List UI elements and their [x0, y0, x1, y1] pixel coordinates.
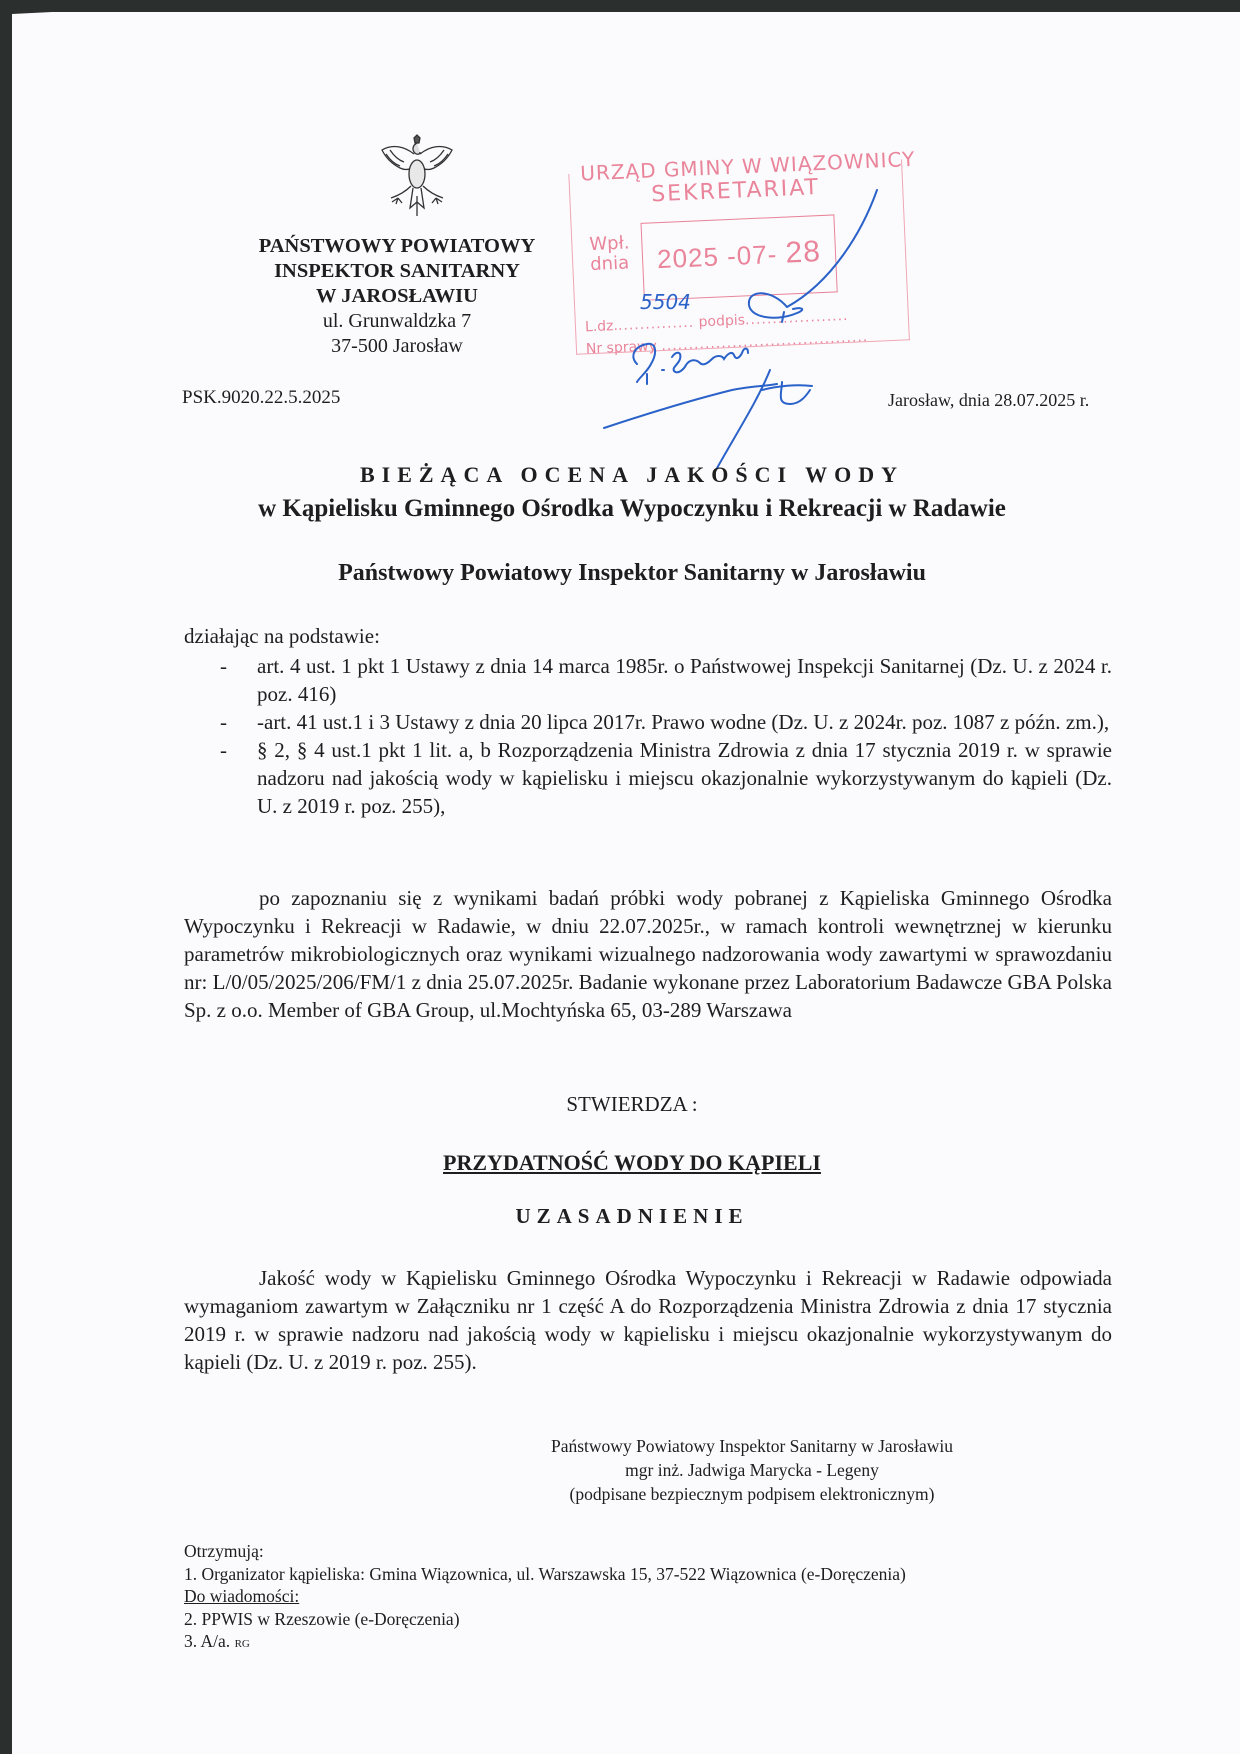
institution-line: PAŃSTWOWY POWIATOWY	[227, 234, 567, 259]
decision-label: STWIERDZA :	[12, 1092, 1240, 1117]
recipients-block: Otrzymują: 1. Organizator kąpieliska: Gm…	[184, 1540, 906, 1656]
reference-number: PSK.9020.22.5.2025	[182, 387, 340, 409]
legal-basis-item: art. 4 ust. 1 pkt 1 Ustawy z dnia 14 mar…	[217, 652, 1112, 708]
place-date: Jarosław, dnia 28.07.2025 r.	[888, 390, 1089, 411]
cc-heading: Do wiadomości:	[184, 1585, 906, 1608]
recipient-item: 1. Organizator kąpieliska: Gmina Wiązown…	[184, 1563, 906, 1586]
handwritten-signature-icon	[532, 132, 932, 472]
legal-basis-item: § 2, § 4 ust.1 pkt 1 lit. a, b Rozporząd…	[217, 736, 1112, 820]
document-page: PAŃSTWOWY POWIATOWY INSPEKTOR SANITARNY …	[12, 12, 1240, 1754]
cc-item: 2. PPWIS w Rzeszowie (e-Doręczenia)	[184, 1608, 906, 1631]
legal-basis-list: art. 4 ust. 1 pkt 1 Ustawy z dnia 14 mar…	[217, 652, 1112, 820]
legal-basis-intro: działając na podstawie:	[184, 622, 380, 650]
institution-header: PAŃSTWOWY POWIATOWY INSPEKTOR SANITARNY …	[227, 234, 567, 359]
signatory-name: mgr inż. Jadwiga Marycka - Legeny	[492, 1458, 1012, 1482]
decision-verdict: PRZYDATNOŚĆ WODY DO KĄPIELI	[12, 1150, 1240, 1176]
cc-item-text: 3. A/a.	[184, 1631, 230, 1651]
signatory-block: Państwowy Powiatowy Inspektor Sanitarny …	[492, 1434, 1012, 1506]
institution-line: INSPEKTOR SANITARNY	[227, 259, 567, 284]
issuing-authority: Państwowy Powiatowy Inspektor Sanitarny …	[12, 560, 1240, 587]
findings-paragraph: po zapoznaniu się z wynikami badań próbk…	[184, 884, 1112, 1024]
document-title: BIEŻĄCA OCENA JAKOŚCI WODY	[12, 462, 1240, 488]
signatory-note: (podpisane bezpiecznym podpisem elektron…	[492, 1482, 1012, 1506]
justification-paragraph: Jakość wody w Kąpielisku Gminnego Ośrodk…	[184, 1264, 1112, 1376]
recipients-heading: Otrzymują:	[184, 1540, 906, 1563]
author-initials: RG	[235, 1638, 250, 1650]
legal-basis-item: -art. 41 ust.1 i 3 Ustawy z dnia 20 lipc…	[217, 708, 1112, 736]
justification-heading: UZASADNIENIE	[12, 1204, 1240, 1229]
institution-line: W JAROSŁAWIU	[227, 284, 567, 309]
document-subtitle: w Kąpielisku Gminnego Ośrodka Wypoczynku…	[12, 495, 1240, 523]
cc-item: 3. A/a. RG	[184, 1630, 906, 1656]
address-line: 37-500 Jarosław	[227, 334, 567, 359]
signatory-title: Państwowy Powiatowy Inspektor Sanitarny …	[492, 1434, 1012, 1458]
polish-eagle-emblem-icon	[378, 134, 456, 220]
address-line: ul. Grunwaldzka 7	[227, 309, 567, 334]
